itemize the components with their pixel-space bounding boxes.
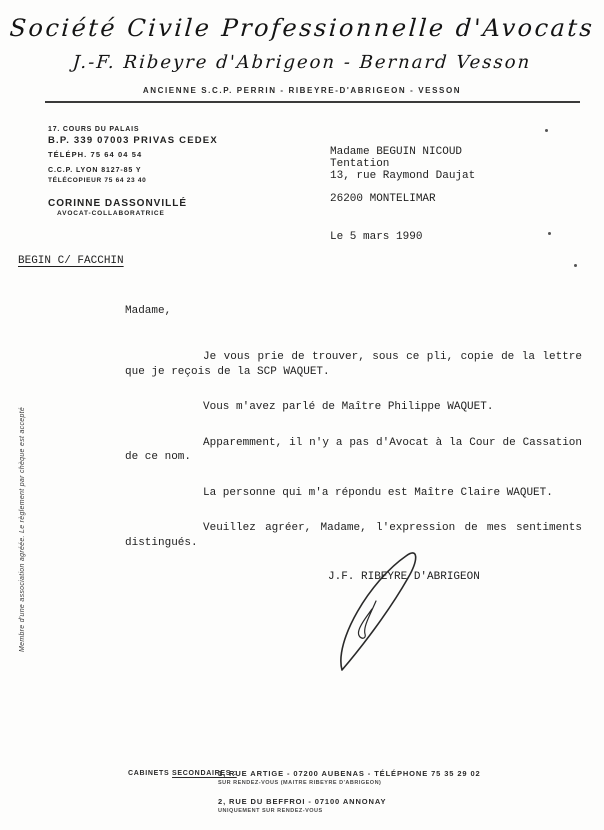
scan-speck xyxy=(548,232,551,235)
firm-phone: TÉLÉPH. 75 64 04 54 xyxy=(48,150,142,159)
body-paragraph-4: La personne qui m'a répondu est Maître C… xyxy=(125,486,582,501)
letter-page: Société Civile Professionnelle d'Avocats… xyxy=(0,0,604,830)
salutation: Madame, xyxy=(125,305,171,317)
handwritten-signature xyxy=(318,543,433,678)
firm-fax: TÉLÉCOPIEUR 75 64 23 40 xyxy=(48,177,146,184)
body-paragraph-3: Apparemment, il n'y a pas d'Avocat à la … xyxy=(125,436,582,465)
scan-speck xyxy=(545,129,548,132)
firm-partners: J.-F. Ribeyre d'Abrigeon - Bernard Vesso… xyxy=(0,52,604,73)
footer-office1-note: SUR RENDEZ-VOUS (MAITRE RIBEYRE D'ABRIGE… xyxy=(218,780,381,786)
letter-date: Le 5 mars 1990 xyxy=(330,231,422,243)
margin-association-note: Membre d'une association agréée. Le règl… xyxy=(19,407,26,652)
firm-address-line2: B.P. 339 07003 PRIVAS CEDEX xyxy=(48,135,218,146)
header-divider xyxy=(45,101,580,103)
case-reference: BEGIN C/ FACCHIN xyxy=(18,255,124,267)
firm-title: Société Civile Professionnelle d'Avocats xyxy=(0,14,604,42)
letter-body: Je vous prie de trouver, sous ce pli, co… xyxy=(125,350,582,571)
scan-speck xyxy=(574,264,577,267)
firm-ccp: C.C.P. LYON 8127-85 Y xyxy=(48,167,141,174)
recipient-street: 13, rue Raymond Daujat xyxy=(330,170,475,182)
firm-address-line1: 17. COURS DU PALAIS xyxy=(48,126,139,133)
footer-label-word1: CABINETS xyxy=(128,770,169,777)
firm-former-name: ANCIENNE S.C.P. PERRIN - RIBEYRE-D'ABRIG… xyxy=(0,86,604,95)
footer-office1-address: 1, RUE ARTIGE - 07200 AUBENAS - TÉLÉPHON… xyxy=(218,769,481,778)
collaborator-name: CORINNE DASSONVILLÉ xyxy=(48,198,187,209)
collaborator-title: AVOCAT-COLLABORATRICE xyxy=(57,210,165,217)
footer-office2-note: UNIQUEMENT SUR RENDEZ-VOUS xyxy=(218,808,323,814)
recipient-name: Madame BEGUIN NICOUD xyxy=(330,146,462,158)
body-paragraph-2: Vous m'avez parlé de Maître Philippe WAQ… xyxy=(125,400,582,415)
footer-office2-address: 2, RUE DU BEFFROI - 07100 ANNONAY xyxy=(218,797,386,806)
recipient-city: 26200 MONTELIMAR xyxy=(330,193,436,205)
body-paragraph-1: Je vous prie de trouver, sous ce pli, co… xyxy=(125,350,582,379)
recipient-company: Tentation xyxy=(330,158,389,170)
